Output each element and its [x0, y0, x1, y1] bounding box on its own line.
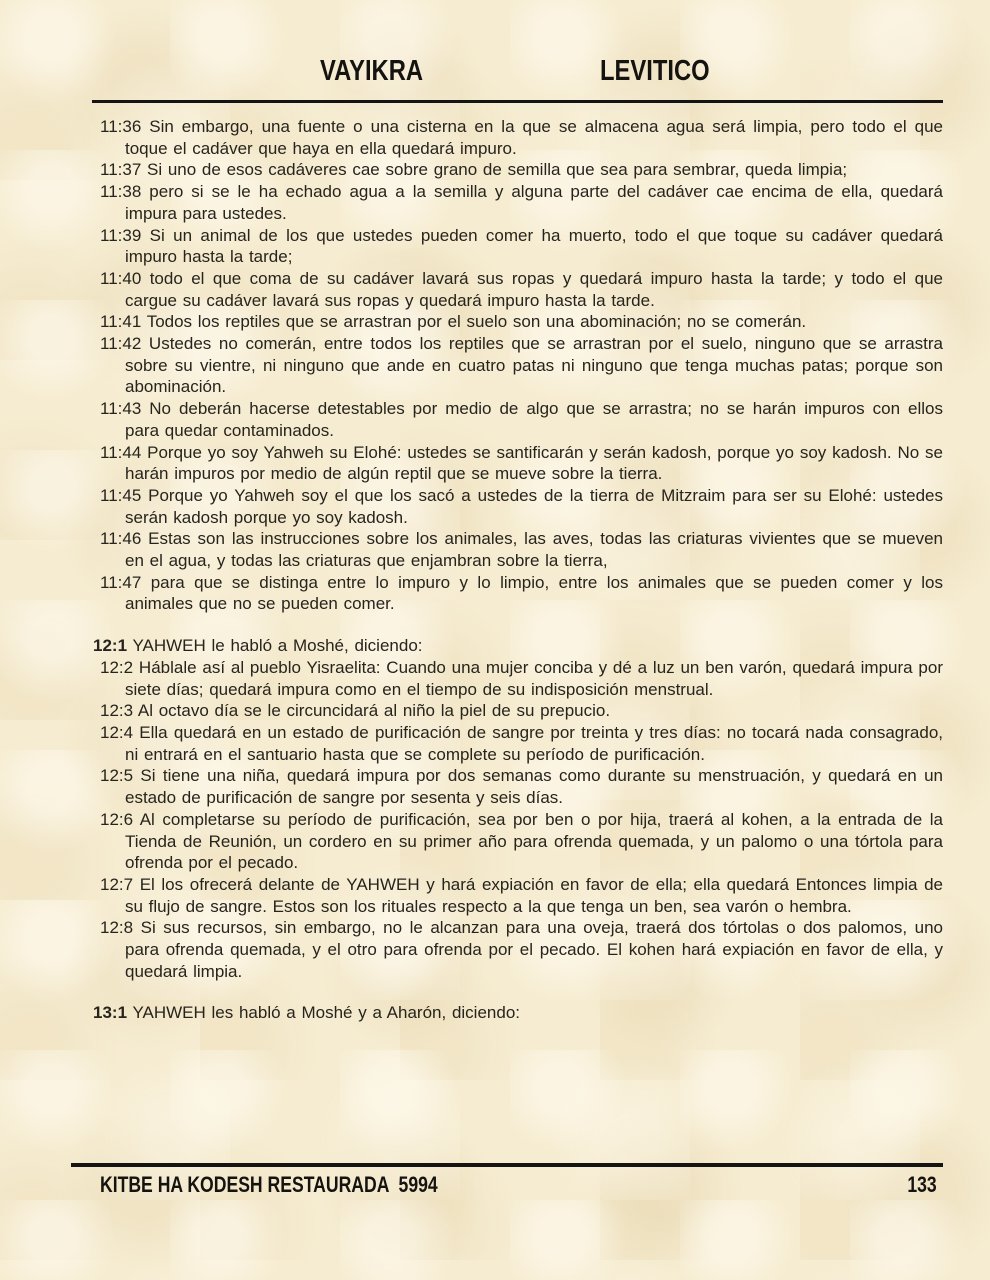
verse-text: Si un animal de los que ustedes pueden c… [125, 226, 943, 267]
header-title-vayikra: VAYIKRA [320, 57, 423, 86]
verse-number: 11:43 [100, 399, 141, 418]
verse-number: 12:4 [100, 723, 133, 742]
verse-text: Háblale así al pueblo Yisraelita: Cuando… [125, 658, 943, 699]
verse-text: YAHWEH le habló a Moshé, diciendo: [127, 636, 422, 655]
verse-number: 11:39 [100, 226, 141, 245]
verse-number: 11:36 [100, 117, 141, 136]
verse-11-37: 11:37 Si uno de esos cadáveres cae sobre… [100, 159, 943, 181]
verse-text: todo el que coma de su cadáver lavará su… [125, 269, 943, 310]
footer-page-number: 133 [908, 1172, 937, 1198]
verse-13-1: 13:1 YAHWEH les habló a Moshé y a Aharón… [93, 1002, 943, 1024]
verse-11-39: 11:39 Si un animal de los que ustedes pu… [100, 225, 943, 268]
verse-number: 12:2 [100, 658, 133, 677]
verse-text: Al octavo día se le circuncidará al niño… [133, 701, 610, 720]
footer-rule [71, 1163, 943, 1167]
verse-text: Si uno de esos cadáveres cae sobre grano… [141, 160, 847, 179]
verse-number: 12:3 [100, 701, 133, 720]
verse-11-40: 11:40 todo el que coma de su cadáver lav… [100, 268, 943, 311]
verse-text: Porque yo Yahweh soy el que los sacó a u… [125, 486, 943, 527]
verse-12-5: 12:5 Si tiene una niña, quedará impura p… [100, 765, 943, 808]
verse-11-36: 11:36 Sin embargo, una fuente o una cist… [100, 116, 943, 159]
verse-12-7: 12:7 El los ofrecerá delante de YAHWEH y… [100, 874, 943, 917]
verse-number: 12:8 [100, 918, 133, 937]
verse-11-47: 11:47 para que se distinga entre lo impu… [100, 572, 943, 615]
verse-12-3: 12:3 Al octavo día se le circuncidará al… [100, 700, 943, 722]
verse-text: pero si se le ha echado agua a la semill… [125, 182, 943, 223]
verse-number: 12:6 [100, 810, 133, 829]
page-footer: KITBE HA KODESH RESTAURADA 5994 133 [100, 1172, 937, 1198]
header-rule [92, 100, 943, 103]
verse-number: 11:40 [100, 269, 141, 288]
verse-list: 11:36 Sin embargo, una fuente o una cist… [0, 116, 990, 1024]
verse-text: Si tiene una niña, quedará impura por do… [125, 766, 943, 807]
verse-11-41: 11:41 Todos los reptiles que se arrastra… [100, 311, 943, 333]
verse-number: 11:42 [100, 334, 141, 353]
verse-text: Si sus recursos, sin embargo, no le alca… [125, 918, 943, 980]
verse-11-43: 11:43 No deberán hacerse detestables por… [100, 398, 943, 441]
verse-number: 12:5 [100, 766, 133, 785]
verse-12-6: 12:6 Al completarse su período de purifi… [100, 809, 943, 874]
verse-11-42: 11:42 Ustedes no comerán, entre todos lo… [100, 333, 943, 398]
verse-12-1: 12:1 YAHWEH le habló a Moshé, diciendo: [93, 635, 943, 657]
verse-text: Ella quedará en un estado de purificació… [125, 723, 943, 764]
verse-number: 11:45 [100, 486, 141, 505]
verse-number: 11:47 [100, 573, 141, 592]
verse-number: 11:46 [100, 529, 141, 548]
footer-book-label: KITBE HA KODESH RESTAURADA 5994 [100, 1172, 438, 1198]
verse-text: Ustedes no comerán, entre todos los rept… [125, 334, 943, 396]
header-title-levitico: LEVITICO [600, 57, 710, 86]
verse-11-44: 11:44 Porque yo soy Yahweh su Elohé: ust… [100, 442, 943, 485]
verse-number: 11:44 [100, 443, 141, 462]
verse-number: 12:1 [93, 636, 127, 655]
verse-text: Todos los reptiles que se arrastran por … [141, 312, 806, 331]
verse-text: para que se distinga entre lo impuro y l… [125, 573, 943, 614]
verse-12-8: 12:8 Si sus recursos, sin embargo, no le… [100, 917, 943, 982]
verse-11-45: 11:45 Porque yo Yahweh soy el que los sa… [100, 485, 943, 528]
verse-12-2: 12:2 Háblale así al pueblo Yisraelita: C… [100, 657, 943, 700]
verse-number: 13:1 [93, 1003, 127, 1022]
verse-text: El los ofrecerá delante de YAHWEH y hará… [125, 875, 943, 916]
verse-text: YAHWEH les habló a Moshé y a Aharón, dic… [127, 1003, 520, 1022]
verse-12-4: 12:4 Ella quedará en un estado de purifi… [100, 722, 943, 765]
verse-text: No deberán hacerse detestables por medio… [125, 399, 943, 440]
verse-number: 11:38 [100, 182, 141, 201]
verse-text: Al completarse su período de purificació… [125, 810, 943, 872]
verse-number: 11:41 [100, 312, 141, 331]
verse-number: 12:7 [100, 875, 133, 894]
scripture-page: VAYIKRA LEVITICO 11:36 Sin embargo, una … [0, 0, 990, 1280]
verse-11-46: 11:46 Estas son las instrucciones sobre … [100, 528, 943, 571]
verse-text: Sin embargo, una fuente o una cisterna e… [125, 117, 943, 158]
verse-text: Porque yo soy Yahweh su Elohé: ustedes s… [125, 443, 943, 484]
verse-11-38: 11:38 pero si se le ha echado agua a la … [100, 181, 943, 224]
verse-number: 11:37 [100, 160, 141, 179]
verse-text: Estas son las instrucciones sobre los an… [125, 529, 943, 570]
